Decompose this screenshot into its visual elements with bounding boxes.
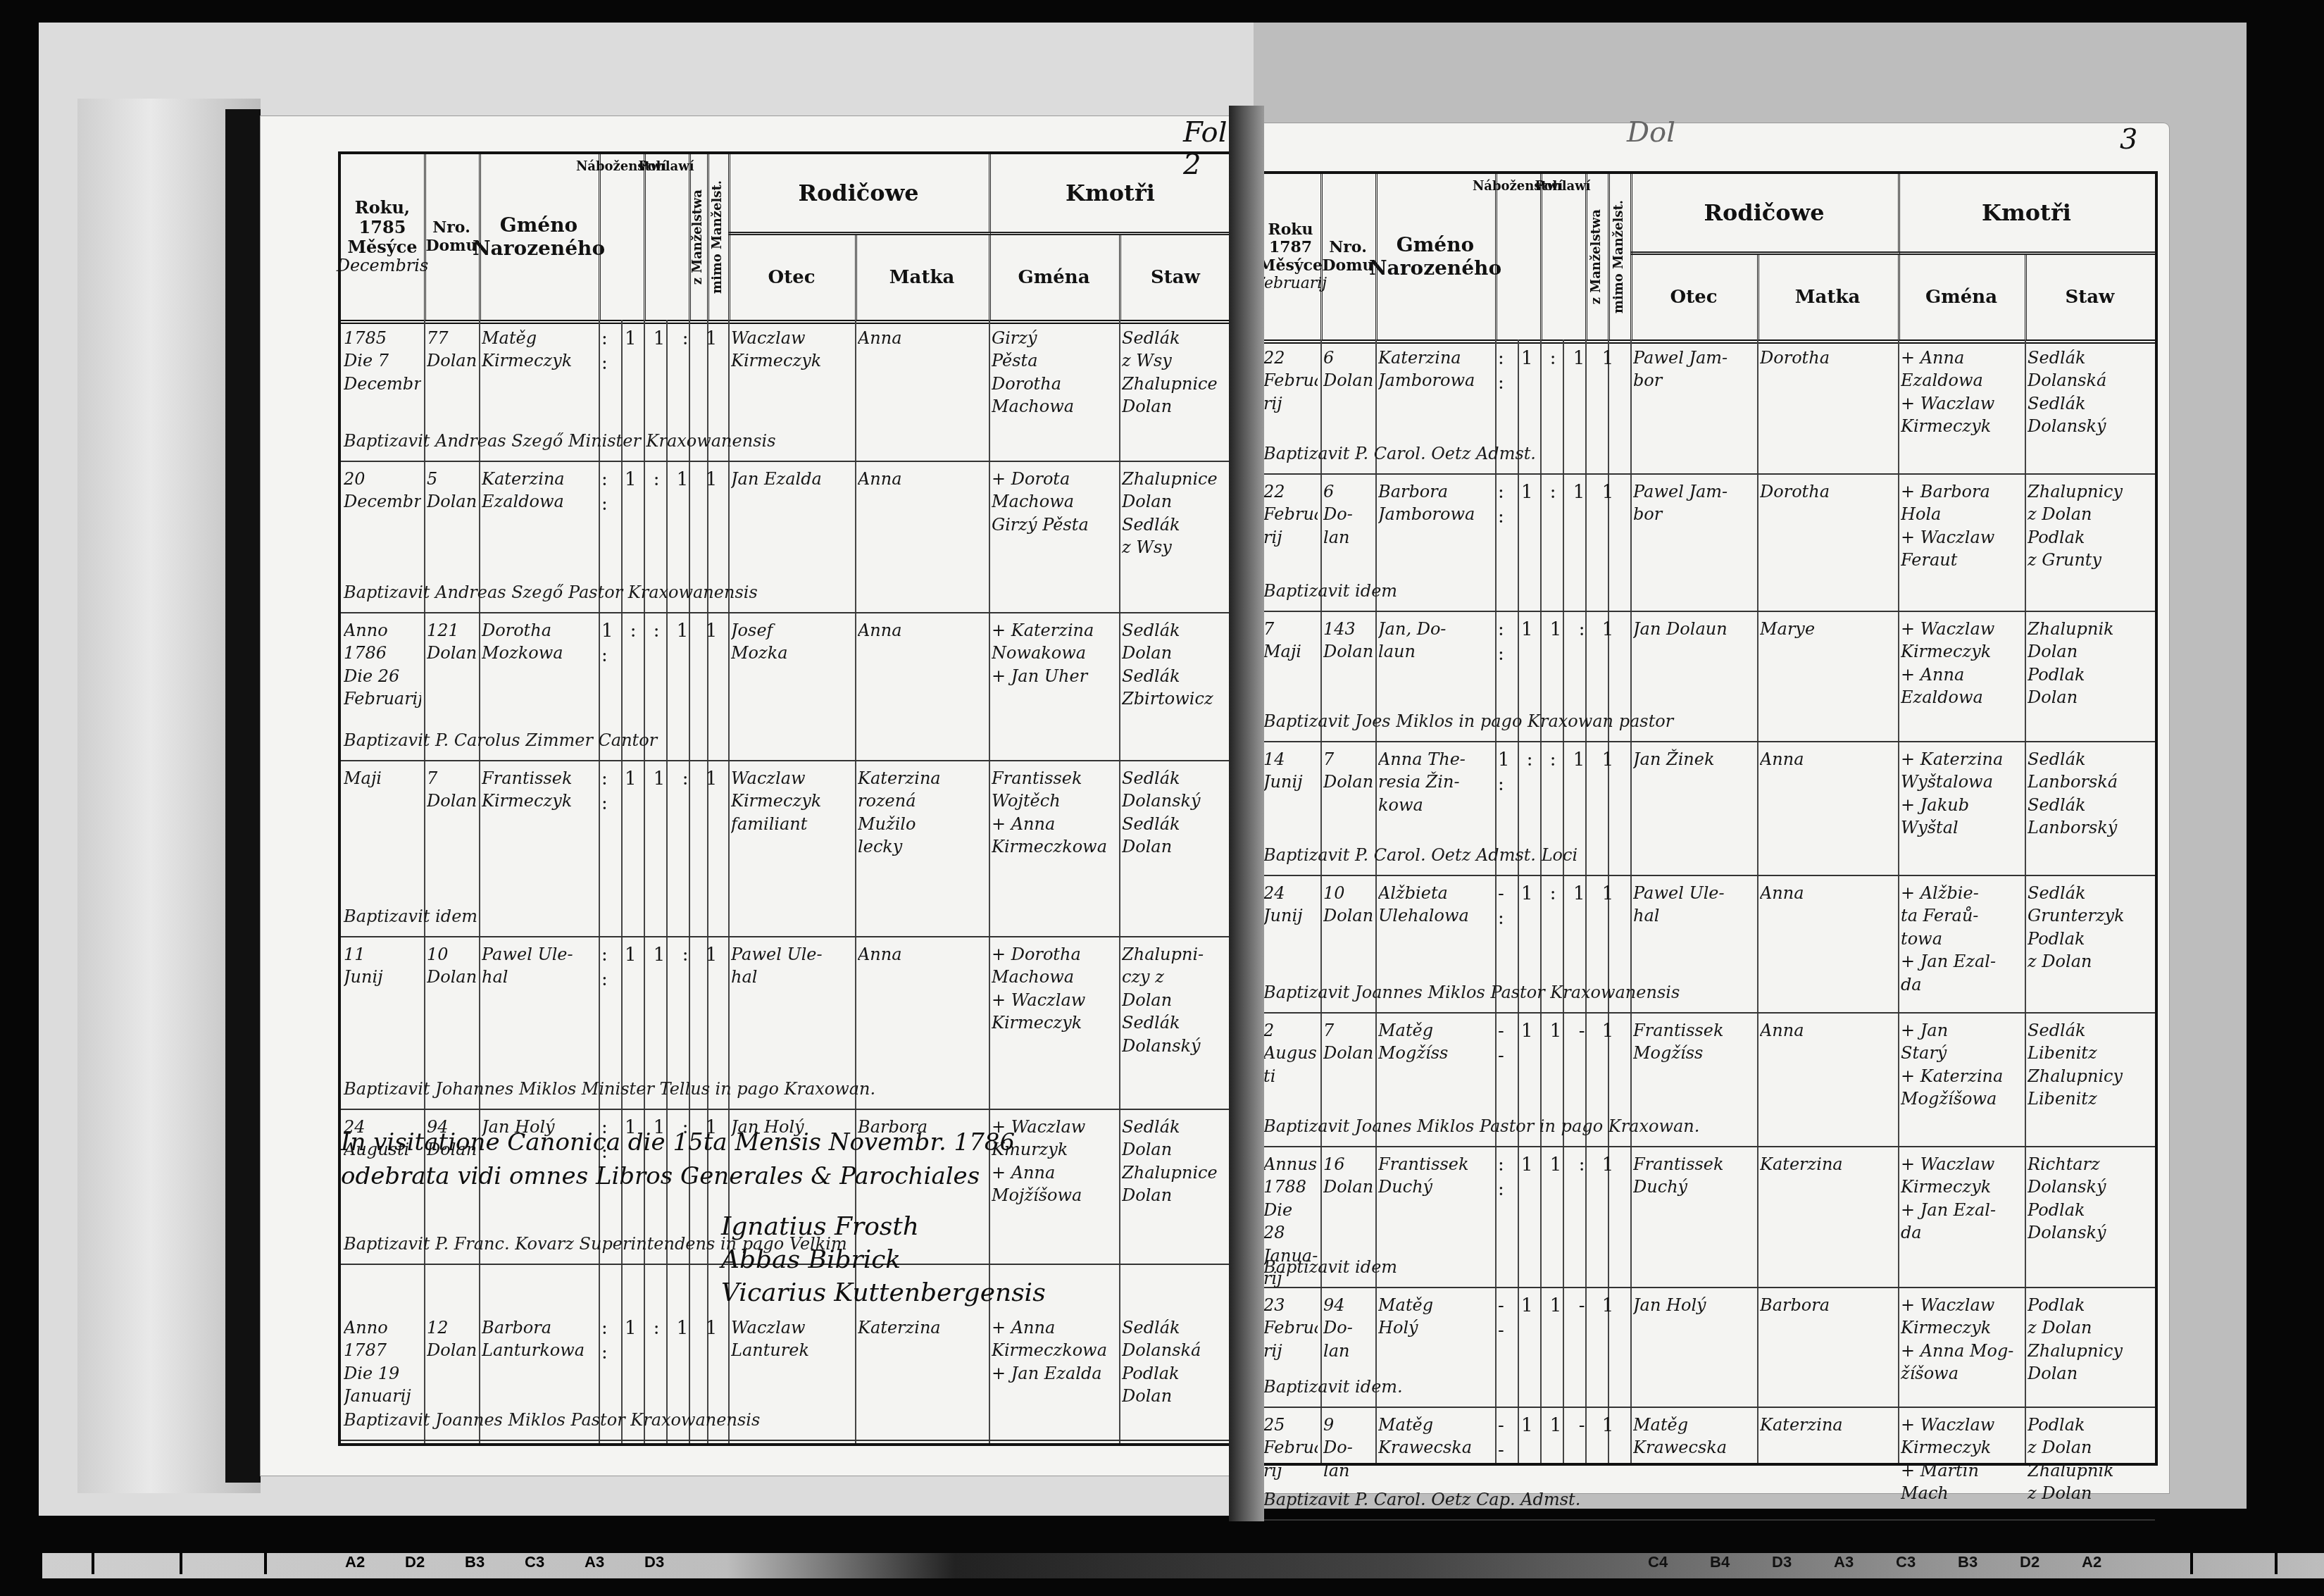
entry-father: Waczlaw Kirmeczyk [731,327,852,373]
entry-house: 7 Dolan [1323,748,1373,794]
entry-mother: Katerzina rozená Mužilo lecky [858,767,986,859]
entry-marks: - 1 : 1 1 : [1498,882,1628,931]
entry-marks: : 1 : 1 1 : [601,468,725,517]
entry-house: 7 Dolan [427,767,476,813]
entry-godparents: + Alžbie- ta Feraů- towa + Jan Ezal- da [1901,882,2022,996]
ruler-label: A3 [1834,1553,1854,1571]
entry-name: Dorotha Mozkowa [482,619,596,665]
register-entry: 23 Februa- rij94 Do- lanMatěg Holý- 1 1 … [1261,1287,2155,1408]
register-table-left: Roku, 1785 Měsýce Decembris Nro. Domu Gm… [338,151,1235,1446]
entry-mother: Anna [858,943,986,966]
register-entry: 20 Decembris5 DolanKaterzina Ezaldowa: 1… [341,461,1232,613]
entry-father: Pawel Jam- bor [1633,347,1754,392]
ruler-label: C4 [1648,1553,1668,1571]
ruler-tick [92,1553,94,1574]
register-entry: 22 Februa- rij6 DolanKaterzina Jamborowa… [1261,339,2155,475]
entry-mother: Dorotha [1760,347,1895,369]
entry-date: 14 Junij [1263,748,1318,794]
entry-baptized-by: Baptizavit P. Carol. Oetz Admst. [1263,444,1536,463]
table-header: Roku 1787 Měsýce Februarij Nro. Domu Gmé… [1261,174,2155,344]
entry-name: Jan, Do- laun [1378,618,1492,663]
entry-status: Sedlák Lanborská Sedlák Lanborský [2028,748,2152,840]
header-year-month: Roku, 1785 Měsýce Decembris [341,154,426,320]
entry-baptized-by: Baptizavit idem. [1263,1377,1403,1397]
header-religion: Náboženstwí [599,154,646,320]
header-year-month-label: Roku, 1785 Měsýce [341,198,424,256]
entry-father: Josef Mozka [731,619,852,665]
header-legit-2: mimo Manželst. [707,154,730,320]
entry-house: 10 Dolan [427,943,476,989]
entry-date: Anno 1787 Die 19 Januarij [344,1316,421,1408]
entry-status: Sedlák Dolan Sedlák Zbirtowicz [1122,619,1229,711]
entry-house: 7 Dolan [1323,1019,1373,1065]
entry-mother: Anna [1760,748,1895,771]
register-entry: Anno 1787 Die 19 Januarij12 DolanBarbora… [341,1309,1232,1441]
ruler-label: A3 [585,1553,604,1571]
ruler-label: B4 [1710,1553,1730,1571]
entry-status: Sedlák Dolanská Podlak Dolan [1122,1316,1229,1408]
entry-house: 12 Dolan [427,1316,476,1362]
entry-marks: 1 : : 1 1 : [601,619,725,668]
header-legit-1: z Manželstwa [1585,174,1610,339]
entry-name: Pawel Ule- hal [482,943,596,989]
header-mother: Matka [1757,255,1900,339]
entry-baptized-by: Baptizavit Joes Miklos in pago Kraxowan … [1263,711,1673,731]
ruler-label: B3 [465,1553,485,1571]
entry-father: Pawel Jam- bor [1633,480,1754,526]
entry-mother: Katerzina [858,1316,986,1339]
register-entry: 22 Februa- rij6 Do- lanBarbora Jamborowa… [1261,473,2155,612]
entry-date: 20 Decembris [344,468,421,513]
entry-date: 1785 Die 7 Decembris [344,327,421,395]
entry-father: Jan Žinek [1633,748,1754,771]
entry-baptized-by: Baptizavit P. Carolus Zimmer Cantor [344,730,657,750]
pencil-mark: Dol [1627,116,1675,149]
register-table-right: Roku 1787 Měsýce Februarij Nro. Domu Gmé… [1261,171,2158,1466]
register-entry: 11 Junij10 DolanPawel Ule- hal: 1 1 : 1 … [341,936,1232,1110]
ruler-label: A2 [2082,1553,2101,1571]
entry-date: 22 Februa- rij [1263,347,1318,415]
entry-marks: : 1 : 1 1 : [1498,347,1628,396]
entry-status: Sedlák z Wsy Zhalupnice Dolan [1122,327,1229,418]
header-godparent-names: Gména [989,235,1121,320]
entry-baptized-by: Baptizavit Andreas Szegő Minister Kraxow… [344,431,776,451]
entry-house: 10 Dolan [1323,882,1373,928]
entry-father: Pawel Ule- hal [1633,882,1754,928]
entry-father: Jan Ezalda [731,468,852,490]
entry-godparents: + Dorotha Machowa + Waczlaw Kirmeczyk [992,943,1116,1035]
entry-godparents: + Dorota Machowa Girzý Pěsta [992,468,1116,536]
header-year-month: Roku 1787 Měsýce Februarij [1261,174,1323,339]
header-name: Gméno Narozeného [479,154,601,320]
entry-father: Jan Dolaun [1633,618,1754,640]
entry-date: 22 Februa- rij [1263,480,1318,549]
entry-baptized-by: Baptizavit idem [1263,581,1397,601]
book-spine [1229,106,1264,1521]
ruler-label: D2 [405,1553,425,1571]
register-entry: 1785 Die 7 Decembris77 DolanMatěg Kirmec… [341,320,1232,462]
header-father: Otec [728,235,857,320]
entry-name: Matěg Krawecska [1378,1414,1492,1459]
entry-house: 9 Do- lan [1323,1414,1373,1482]
entry-mother: Anna [858,619,986,642]
entry-date: 11 Junij [344,943,421,989]
entry-godparents: + Barbora Hola + Waczlaw Feraut [1901,480,2022,572]
entry-date: Anno 1786 Die 26 Februarij [344,619,421,711]
ruler-tick [2275,1553,2278,1574]
entry-godparents: + Waczlaw Kirmeczyk + Anna Mog- žíšowa [1901,1294,2022,1385]
ruler-label: A2 [345,1553,365,1571]
register-entry: Maji7 DolanFrantissek Kirmeczyk: 1 1 : 1… [341,760,1232,937]
entry-marks: : 1 1 : 1 : [601,327,725,376]
entry-date: 24 Junij [1263,882,1318,928]
ruler-tick [264,1553,267,1574]
register-entry: 24 Junij10 DolanAlžbieta Ulehalowa- 1 : … [1261,875,2155,1014]
ruler-label: C3 [1896,1553,1916,1571]
entry-marks: : 1 : 1 1 : [1498,480,1628,530]
header-name: Gméno Narozeného [1375,174,1497,339]
header-legit-1: z Manželstwa [689,154,709,320]
entry-name: Barbora Jamborowa [1378,480,1492,526]
ruler-label: B3 [1958,1553,1978,1571]
header-month-value: Februarij [1254,275,1327,292]
entry-mother: Anna [858,468,986,490]
entry-mother: Dorotha [1760,480,1895,503]
header-sex: Pohlawí [644,154,691,320]
entry-father: Jan Holý [1633,1294,1754,1316]
entry-status: Sedlák Dolanská Sedlák Dolanský [2028,347,2152,438]
header-legit-unmarried: mimo Manželst. [711,180,725,294]
page-number: 3 [2120,123,2137,156]
header-month-value: Decembris [337,256,429,276]
entry-house: 121 Dolan [427,619,476,665]
register-entry: Anno 1786 Die 26 Februarij121 DolanDorot… [341,612,1232,761]
entry-marks: : 1 : 1 1 : [601,1316,725,1366]
entry-house: 5 Dolan [427,468,476,513]
entry-father: Matěg Krawecska [1633,1414,1754,1459]
entry-baptized-by: Baptizavit Johannes Miklos Minister Tell… [344,1079,875,1099]
entry-status: Sedlák Dolanský Sedlák Dolan [1122,767,1229,859]
register-entry: 7 Maji143 DolanJan, Do- laun: 1 1 : 1 :J… [1261,611,2155,742]
visitor-signature: Ignatius Frosth Abbas Bibrick Vicarius K… [721,1211,1144,1309]
entry-father: Waczlaw Lanturek [731,1316,852,1362]
page-edge-shadow [225,109,261,1483]
visitation-note: In visitatione Canonica die 15ta Mensis … [341,1126,1221,1193]
entry-baptized-by: Baptizavit P. Carol. Oetz Cap. Admst. [1263,1490,1580,1509]
entry-godparents: Girzý Pěsta Dorotha Machowa [992,327,1116,418]
header-sex: Pohlawí [1540,174,1587,339]
header-year-month-label: Roku 1787 Měsýce [1258,221,1323,275]
entry-name: Matěg Mogžíss [1378,1019,1492,1065]
entry-father: Pawel Ule- hal [731,943,852,989]
entry-name: Frantissek Duchý [1378,1153,1492,1199]
left-page: Fol. 2 Roku, 1785 Měsýce Decembris Nro. … [261,116,1239,1476]
entry-marks: : 1 1 : 1 : [601,767,725,816]
entry-mother: Katerzina [1760,1153,1895,1176]
header-religion: Náboženstwí [1495,174,1542,339]
entry-godparents: + Anna Kirmeczkowa + Jan Ezalda [992,1316,1116,1385]
entry-marks: - 1 1 - 1 - [1498,1294,1628,1343]
entry-name: Matěg Kirmeczyk [482,327,596,373]
entry-godparents: + Waczlaw Kirmeczyk + Anna Ezaldowa [1901,618,2022,709]
header-godparent-names: Gména [1898,255,2027,339]
entry-godparents: + Jan Starý + Katerzina Mogžíšowa [1901,1019,2022,1111]
ruler-tick [180,1553,182,1574]
entry-status: Zhalupni- czy z Dolan Sedlák Dolanský [1122,943,1229,1057]
register-entry: 14 Junij7 DolanAnna The- resia Žin- kowa… [1261,741,2155,876]
register-entry: 2 Augus- ti7 DolanMatěg Mogžíss- 1 1 - 1… [1261,1012,2155,1147]
header-godparents: Kmotři [1898,174,2155,255]
entry-house: 77 Dolan [427,327,476,373]
header-legit-married: z Manželstwa [691,189,706,285]
ruler-label: C3 [525,1553,544,1571]
register-entry: 25 Februa- rij9 Do- lanMatěg Krawecska- … [1261,1407,2155,1521]
entry-baptized-by: Baptizavit P. Carol. Oetz Admst. Loci [1263,845,1578,865]
header-legit-married: z Manželstwa [1589,209,1604,304]
entry-marks: - 1 1 - 1 - [1498,1019,1628,1068]
entry-baptized-by: Baptizavit Joanes Miklos Pastor in pago … [1263,1116,1699,1136]
table-header: Roku, 1785 Měsýce Decembris Nro. Domu Gm… [341,154,1232,324]
entry-godparents: + Waczlaw Kirmeczyk + Martin Mach [1901,1414,2022,1505]
entry-marks: : 1 1 : 1 : [601,943,725,992]
entry-godparents: + Katerzina Wyštalowa + Jakub Wyštal [1901,748,2022,840]
header-legit-2: mimo Manželst. [1608,174,1632,339]
entry-name: Matěg Holý [1378,1294,1492,1340]
entry-godparents: + Waczlaw Kirmeczyk + Jan Ezal- da [1901,1153,2022,1245]
right-page: Dol 3 Roku 1787 Měsýce Februarij Nro. Do… [1261,123,2169,1493]
header-godparent-status: Staw [1119,235,1232,320]
entry-baptized-by: Baptizavit Joannes Miklos Pastor Kraxowa… [344,1410,760,1430]
entry-status: Podlak z Dolan Zhalupnik z Dolan [2028,1414,2152,1505]
entry-mother: Anna [1760,1019,1895,1042]
entry-name: Frantissek Kirmeczyk [482,767,596,813]
ruler-label: D3 [644,1553,664,1571]
entry-status: Podlak z Dolan Zhalupnicy Dolan [2028,1294,2152,1385]
entry-status: Zhalupnicy z Dolan Podlak z Grunty [2028,480,2152,572]
entry-house: 6 Dolan [1323,347,1373,392]
entry-house: 94 Do- lan [1323,1294,1373,1362]
entry-house: 143 Dolan [1323,618,1373,663]
entry-status: Sedlák Libenitz Zhalupnicy Libenitz [2028,1019,2152,1111]
entry-mother: Anna [858,327,986,349]
entry-date: 7 Maji [1263,618,1318,663]
entry-father: Waczlaw Kirmeczyk familiant [731,767,852,835]
entry-mother: Barbora [1760,1294,1895,1316]
entry-house: 6 Do- lan [1323,480,1373,549]
entry-baptized-by: Baptizavit idem [344,906,477,926]
entry-baptized-by: Baptizavit Andreas Szegő Pastor Kraxowan… [344,582,758,602]
entry-date: 25 Februa- rij [1263,1414,1318,1482]
entry-father: Frantissek Duchý [1633,1153,1754,1199]
entry-marks: 1 : : 1 1 : [1498,748,1628,797]
entry-status: Zhalupnice Dolan Sedlák z Wsy [1122,468,1229,559]
register-entry: Annus 1788 Die 28 Janua- rij16 DolanFran… [1261,1146,2155,1288]
entry-date: 23 Februa- rij [1263,1294,1318,1362]
entry-baptized-by: Baptizavit idem [1263,1257,1397,1277]
entry-date: Maji [344,767,421,790]
header-father: Otec [1630,255,1759,339]
entry-name: Alžbieta Ulehalowa [1378,882,1492,928]
header-parents: Rodičowe [1630,174,1900,255]
ruler-label: D2 [2020,1553,2039,1571]
header-parents: Rodičowe [728,154,991,235]
entry-marks: : 1 1 : 1 : [1498,618,1628,667]
entry-status: Sedlák Grunterzyk Podlak z Dolan [2028,882,2152,973]
entry-status: Zhalupnik Dolan Podlak Dolan [2028,618,2152,709]
entry-godparents: + Katerzina Nowakowa + Jan Uher [992,619,1116,687]
header-mother: Matka [855,235,991,320]
entry-mother: Katerzina [1760,1414,1895,1436]
entry-status: Richtarz Dolanský Podlak Dolanský [2028,1153,2152,1245]
entry-date: 2 Augus- ti [1263,1019,1318,1087]
ruler-tick [2190,1553,2193,1574]
entry-name: Katerzina Ezaldowa [482,468,596,513]
ruler-label: D3 [1772,1553,1792,1571]
entry-house: 16 Dolan [1323,1153,1373,1199]
header-legit-unmarried: mimo Manželst. [1612,200,1627,313]
header-godparent-status: Staw [2025,255,2155,339]
entry-father: Frantissek Mogžíss [1633,1019,1754,1065]
film-strip-ruler [42,1553,2324,1578]
entry-godparents: Frantissek Wojtěch + Anna Kirmeczkowa [992,767,1116,859]
entry-mother: Marye [1760,618,1895,640]
entry-name: Barbora Lanturkowa [482,1316,596,1362]
entry-marks: - 1 1 - 1 - [1498,1414,1628,1463]
entry-baptized-by: Baptizavit Joannes Miklos Pastor Kraxowa… [1263,983,1680,1002]
entry-marks: : 1 1 : 1 : [1498,1153,1628,1202]
entry-name: Katerzina Jamborowa [1378,347,1492,392]
header-godparents: Kmotři [989,154,1232,235]
entry-name: Anna The- resia Žin- kowa [1378,748,1492,816]
entry-mother: Anna [1760,882,1895,904]
entry-godparents: + Anna Ezaldowa + Waczlaw Kirmeczyk [1901,347,2022,438]
